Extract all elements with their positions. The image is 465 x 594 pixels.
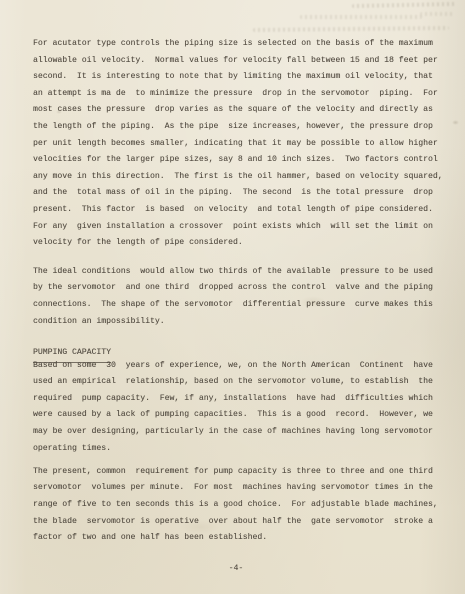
bleed-through-artifact [300, 15, 422, 19]
text-line: the blade servomotor is operative over a… [33, 514, 439, 531]
paper-stain [452, 120, 459, 125]
bleed-through-artifact [420, 12, 454, 16]
text-line: velocities for the larger pipe sizes, sa… [33, 152, 439, 169]
text-line: by the servomotor and one third dropped … [33, 280, 439, 297]
text-line: Based on some 30 years of experience, we… [33, 358, 439, 375]
text-line: range of five to ten seconds this is a g… [33, 497, 439, 514]
text-line: factor of two and one half has been esta… [33, 530, 439, 547]
text-line: per unit length becomes smaller, indicat… [33, 136, 439, 153]
text-line: allowable oil velocity. Normal values fo… [33, 53, 439, 70]
text-line: velocity for the length of pipe consider… [33, 235, 439, 252]
paragraph: The ideal conditions would allow two thi… [33, 264, 439, 330]
text-line: For any given installation a crossover p… [33, 219, 439, 236]
text-line: connections. The shape of the servomotor… [33, 297, 439, 314]
text-line: second. It is interesting to note that b… [33, 69, 439, 86]
text-line: The present, common requirement for pump… [33, 464, 439, 481]
bleed-through-artifact [352, 2, 457, 8]
text-line: and the total mass of oil in the piping.… [33, 185, 439, 202]
text-line: most cases the pressure drop varies as t… [33, 102, 439, 119]
page-number: -4- [229, 561, 244, 578]
text-line: operating times. [33, 441, 439, 458]
paragraph: Based on some 30 years of experience, we… [33, 358, 439, 458]
text-line: required pump capacity. Few, if any, ins… [33, 391, 439, 408]
text-line: may be over designing, particularly in t… [33, 424, 439, 441]
text-line: servomotor volumes per minute. For most … [33, 480, 439, 497]
text-line: an attempt is ma de to minimize the pres… [33, 86, 439, 103]
section-heading-row: PUMPING CAPACITY [33, 341, 439, 358]
text-column: For acutator type controls the piping si… [33, 36, 439, 577]
text-line: were caused by a lack of pumping capacit… [33, 407, 439, 424]
text-line: any move in this direction. The first is… [33, 169, 439, 186]
page-footer: -4- [33, 557, 439, 578]
paragraph: The present, common requirement for pump… [33, 464, 439, 547]
bleed-through-artifact [253, 26, 449, 32]
text-line: For acutator type controls the piping si… [33, 36, 439, 53]
text-line: The ideal conditions would allow two thi… [33, 264, 439, 281]
paragraph: For acutator type controls the piping si… [33, 36, 439, 252]
text-line: the length of the piping. As the pipe si… [33, 119, 439, 136]
text-line: condition an impossibility. [33, 314, 439, 331]
text-line: present. This factor is based on velocit… [33, 202, 439, 219]
text-line: used an empirical relationship, based on… [33, 374, 439, 391]
document-page: For acutator type controls the piping si… [0, 0, 465, 594]
